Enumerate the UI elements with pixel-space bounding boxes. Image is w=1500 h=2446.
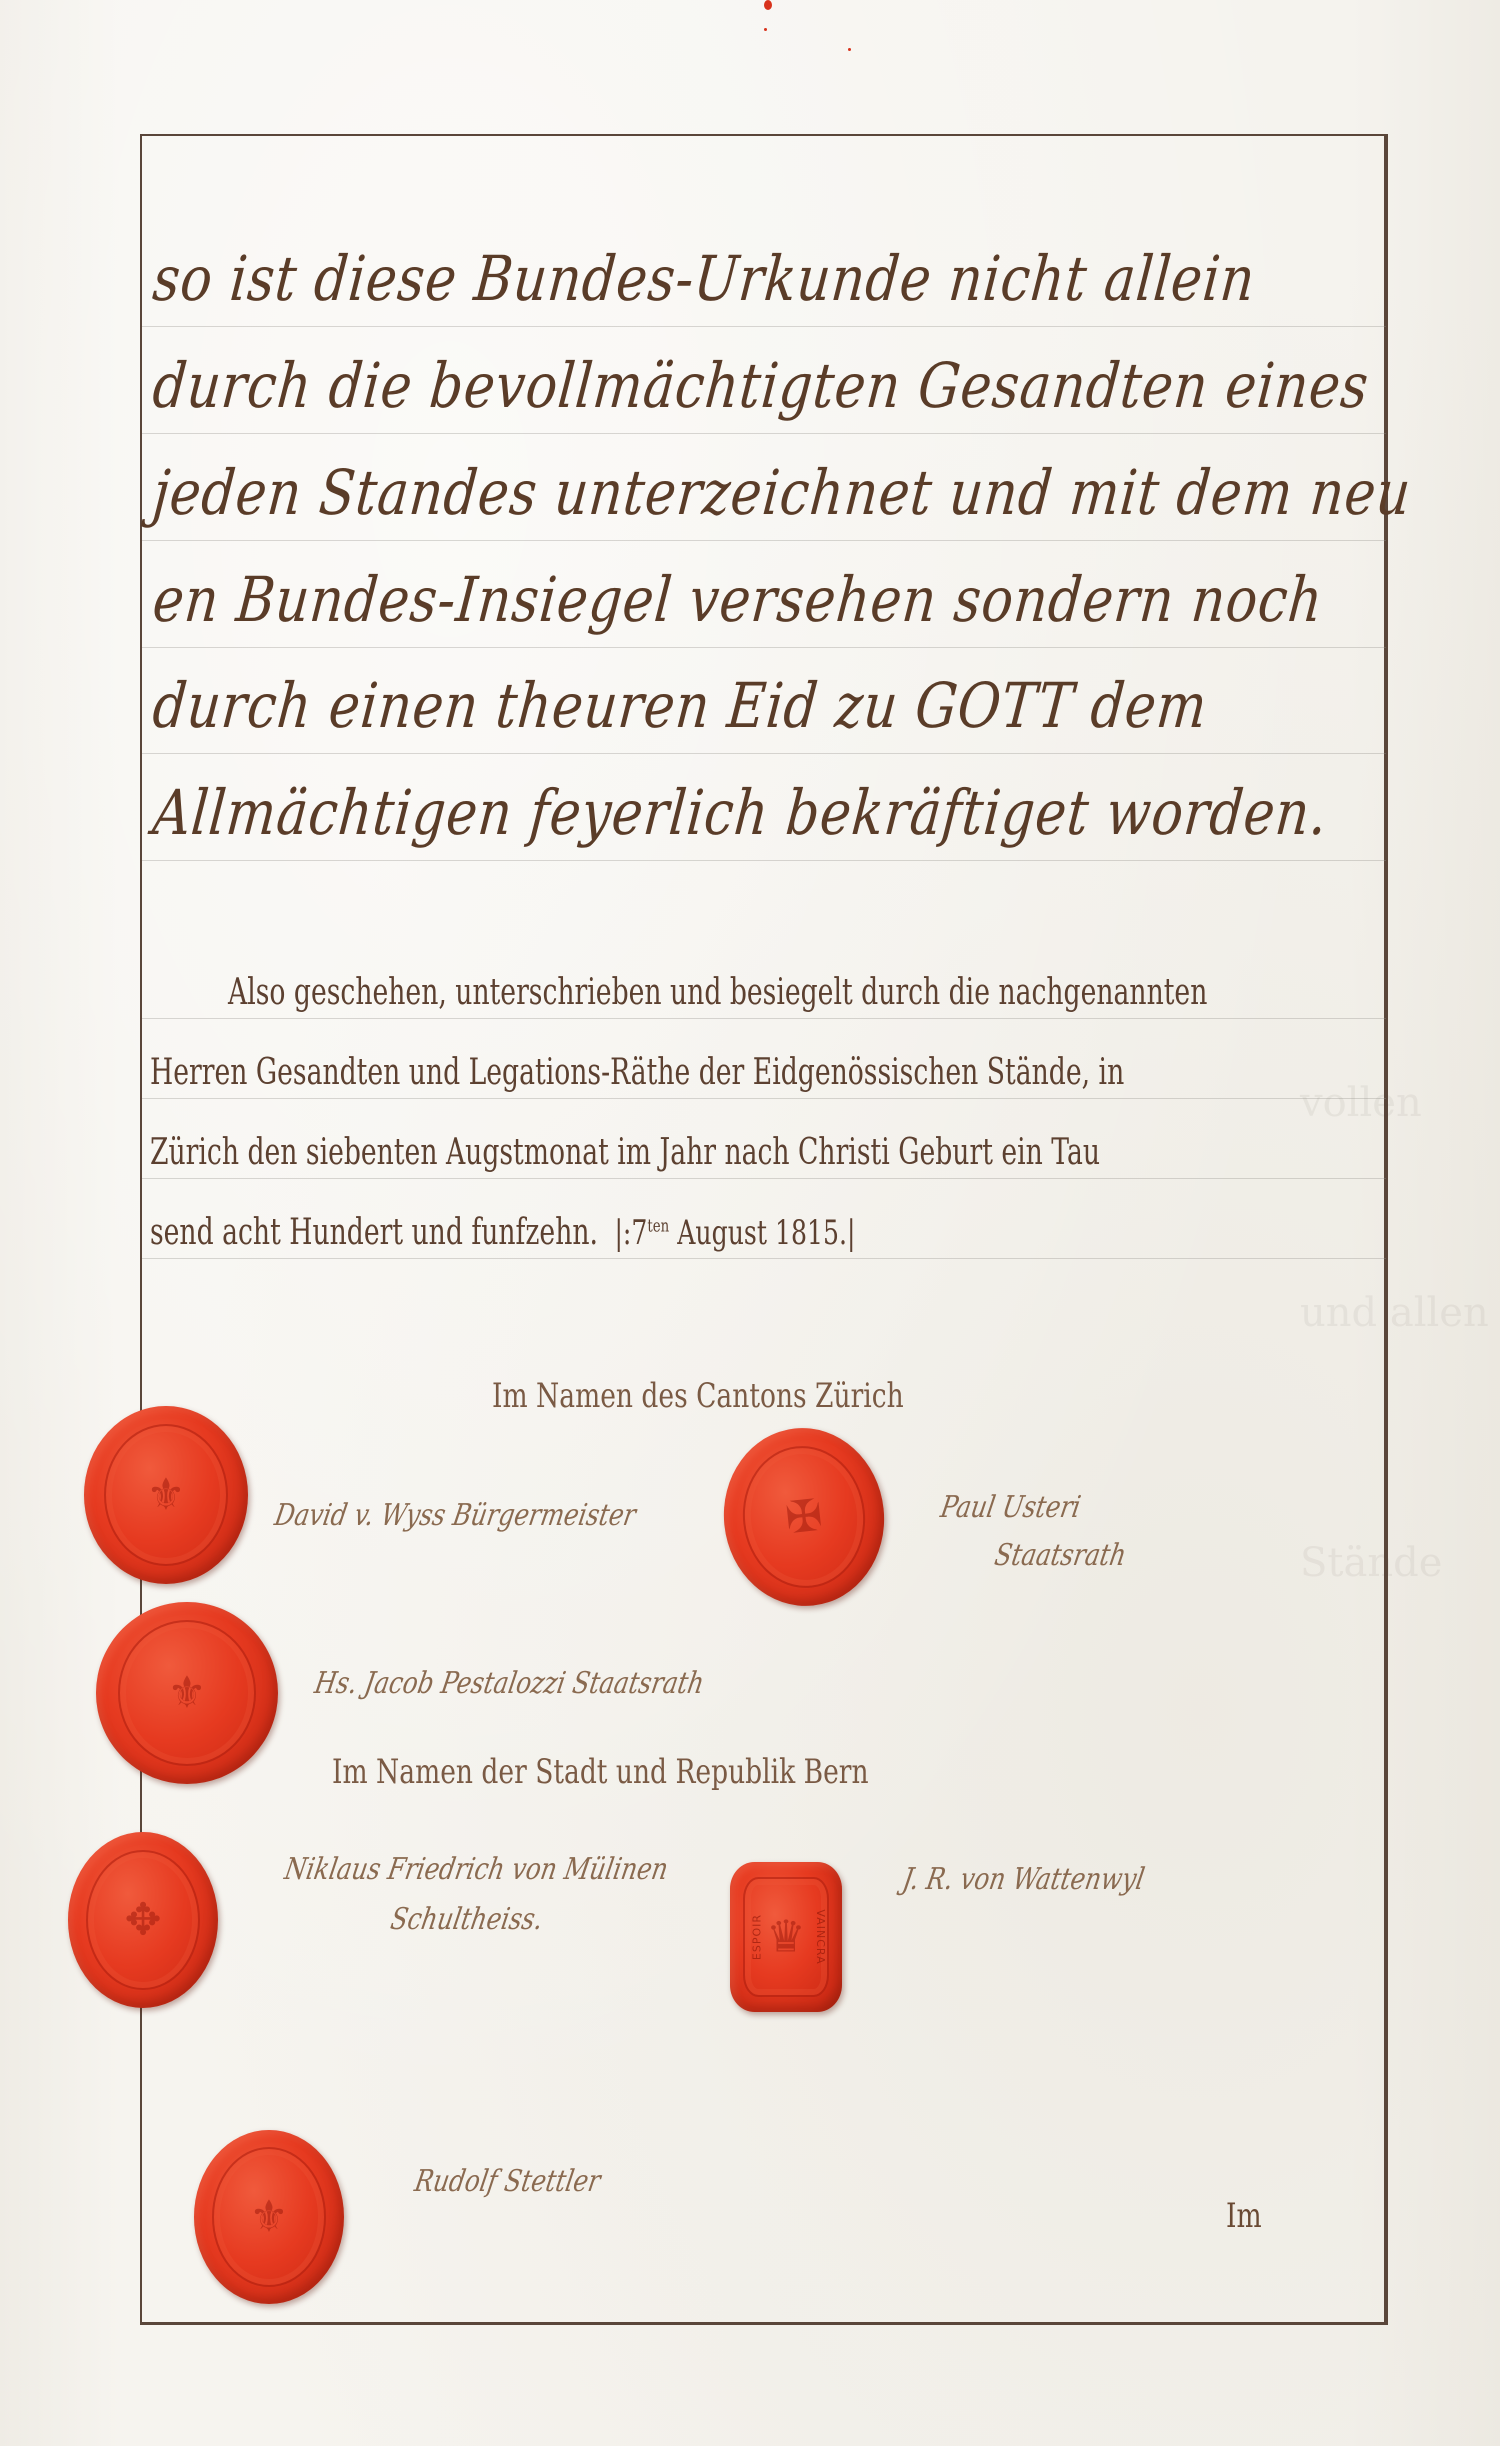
seal-pestalozzi: ⚜ — [96, 1602, 278, 1784]
signature-usteri-title: Staatsrath — [992, 1538, 1129, 1573]
signature-wyss: David v. Wyss Bürgermeister — [272, 1498, 638, 1533]
coat-of-arms-icon: ⚜ — [146, 1470, 185, 1521]
date-day: 7 — [631, 1213, 647, 1253]
coat-of-arms-icon: ✠ — [783, 1490, 825, 1545]
coat-of-arms-icon: ✥ — [125, 1895, 162, 1946]
catchword: Im — [1226, 2196, 1262, 2236]
signature-wattenwyl: J. R. von Wattenwyl — [900, 1862, 1147, 1897]
crown-icon: ♛ — [766, 1912, 805, 1963]
paragraph-line-3: Zürich den siebenten Augstmonat im Jahr … — [150, 1132, 1100, 1173]
signature-muelinen-title: Schultheiss. — [388, 1902, 546, 1937]
coat-of-arms-icon: ⚜ — [167, 1668, 206, 1719]
ruled-line — [142, 1258, 1386, 1259]
signature-usteri: Paul Usteri — [938, 1490, 1083, 1525]
section-heading-bern: Im Namen der Stadt und Republik Bern — [332, 1752, 869, 1792]
ruled-line — [142, 647, 1386, 648]
ruled-line — [142, 433, 1386, 434]
seal-muelinen: ✥ — [68, 1832, 218, 2008]
seal-legend-left: ESPOIR — [751, 1914, 764, 1960]
calligraphy-line-5: durch einen theuren Eid zu GOTT dem — [150, 669, 1210, 742]
seal-legend-right: VAINCRA — [814, 1909, 827, 1964]
seal-wattenwyl: ESPOIR ♛ VAINCRA — [730, 1862, 842, 2012]
ruled-line — [142, 753, 1386, 754]
seal-wyss: ⚜ — [84, 1406, 248, 1584]
calligraphy-line-6: Allmächtigen feyerlich bekräftiget worde… — [150, 776, 1331, 849]
calligraphy-line-3: jeden Standes unterzeichnet und mit dem … — [150, 456, 1414, 529]
wax-drip — [764, 0, 772, 10]
ruled-line — [142, 860, 1386, 861]
section-heading-zurich: Im Namen des Cantons Zürich — [492, 1376, 904, 1416]
ruled-line — [142, 1018, 1386, 1019]
wax-drip — [848, 48, 851, 51]
ruled-line — [142, 326, 1386, 327]
coat-of-arms-icon: ⚜ — [249, 2192, 288, 2243]
ruled-line — [142, 540, 1386, 541]
paragraph-line-1: Also geschehen, unterschrieben und besie… — [228, 972, 1207, 1013]
ruled-line — [142, 1178, 1386, 1179]
paragraph-line-4: send acht Hundert und funfzehn. |:7ten A… — [150, 1212, 855, 1253]
date-suffix: ten — [647, 1216, 669, 1237]
calligraphy-line-2: durch die bevollmächtigten Gesandten ein… — [150, 349, 1372, 422]
signature-pestalozzi: Hs. Jacob Pestalozzi Staatsrath — [312, 1666, 707, 1701]
ruled-line — [142, 1098, 1386, 1099]
calligraphy-line-4: en Bundes-Insiegel versehen sondern noch — [150, 563, 1326, 636]
signature-muelinen: Niklaus Friedrich von Mülinen — [282, 1852, 671, 1887]
calligraphy-line-1: so ist diese Bundes-Urkunde nicht allein — [150, 242, 1258, 315]
date-rest: August 1815. — [677, 1213, 847, 1253]
signature-stettler: Rudolf Stettler — [412, 2164, 603, 2199]
date-note: |:7ten August 1815.| — [606, 1213, 855, 1253]
paragraph-line-4-text: send acht Hundert und funfzehn. — [150, 1212, 598, 1253]
seal-stettler: ⚜ — [194, 2130, 344, 2304]
paragraph-line-2: Herren Gesandten und Legations-Räthe der… — [150, 1052, 1124, 1093]
wax-drip — [764, 28, 767, 31]
